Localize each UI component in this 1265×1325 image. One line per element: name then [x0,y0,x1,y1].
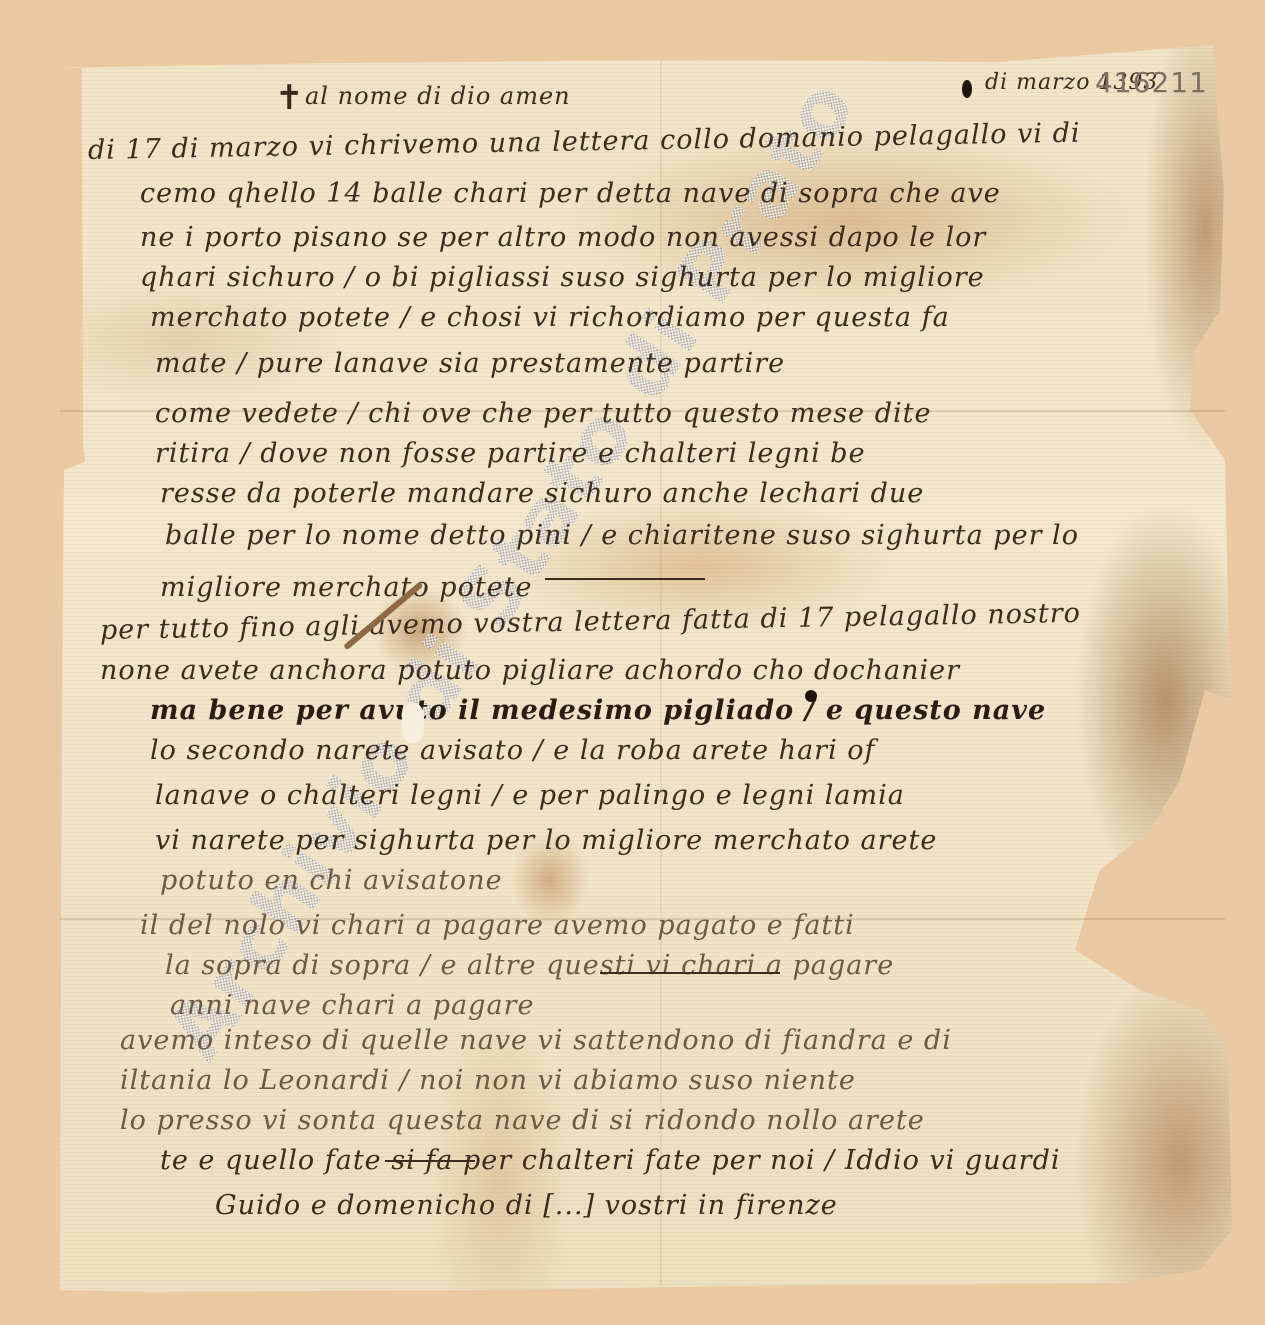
letter-line: avemo inteso di quelle nave vi sattendon… [120,1025,952,1056]
letter-line: vi narete per sighurta per lo migliore m… [155,825,937,856]
heading-invocation: al nome di dio amen [305,82,571,110]
letter-line: il del nolo vi chari a pagare avemo paga… [140,910,855,941]
ink-blot [962,80,972,98]
ink-blot [805,690,817,702]
letter-line: potuto en chi avisatone [160,865,503,896]
strikethrough-mark [545,578,705,580]
letter-line: iltania lo Leonardi / noi non vi abiamo … [120,1065,856,1096]
letter-line: te e quello fate si fa per chalteri fate… [160,1145,1061,1176]
letter-line: come vedete / chi ove che per tutto ques… [155,398,931,429]
strikethrough-mark [385,1160,475,1162]
letter-line: balle per lo nome detto pini / e chiarit… [165,520,1079,551]
archive-number: 416211 [1095,66,1208,99]
letter-line: anni nave chari a pagare [170,990,534,1021]
letter-line: lo secondo narete avisato / e la roba ar… [150,735,876,766]
invocation-cross-icon: ✝ [275,78,304,118]
letter-line: ne i porto pisano se per altro modo non … [140,222,986,253]
letter-line: lanave o chalteri legni / e per palingo … [155,780,905,811]
letter-line: migliore merchato potete [160,572,533,603]
letter-line: resse da poterle mandare sichuro anche l… [160,478,924,509]
letter-line: none avete anchora potuto pigliare achor… [100,655,960,686]
closing-signature: Guido e domenicho di [...] vostri in fir… [215,1190,838,1221]
letter-line: ma bene per avuto il medesimo pigliado /… [150,695,1046,726]
letter-line: lo presso vi sonta questa nave di si rid… [120,1105,925,1136]
letter-line: ritira / dove non fosse partire e chalte… [155,438,866,469]
letter-line: mate / pure lanave sia prestamente parti… [155,348,785,379]
letter-line: cemo qhello 14 balle chari per detta nav… [140,178,1001,209]
strikethrough-mark [600,972,780,974]
letter-line: la sopra di sopra / e altre questi vi ch… [165,950,894,981]
letter-line: qhari sichuro / o bi pigliassi suso sigh… [140,262,985,293]
letter-line: merchato potete / e chosi vi richordiamo… [150,302,950,333]
paper-hole [402,703,424,743]
